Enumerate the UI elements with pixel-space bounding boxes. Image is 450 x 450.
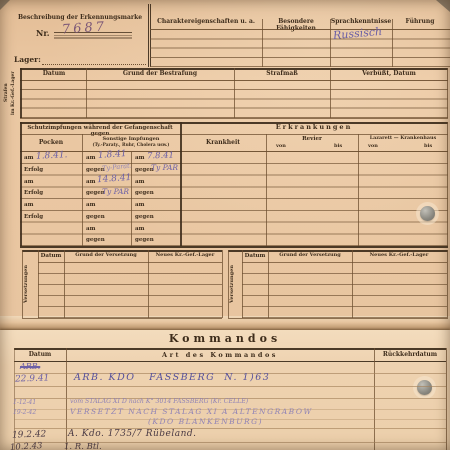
rule <box>447 122 448 246</box>
row7-s2-prefix: gegen <box>135 237 154 243</box>
versetzungen-left-col-grund: Grund der Versetzung <box>64 253 148 259</box>
row1-pocken-prefix: Erfolg <box>24 167 43 173</box>
revier-bis: bis <box>334 144 342 150</box>
col-pocken: Pocken <box>20 140 82 147</box>
row5-pocken-prefix: Erfolg <box>24 214 43 220</box>
col-sonstige-impfungen-sub: (Ty.-Paraty., Ruhr, Cholera usw.) <box>82 144 180 149</box>
row6-s2-prefix: am <box>135 226 144 232</box>
rule <box>358 134 359 246</box>
row0-pocken-prefix: am <box>24 155 33 161</box>
lager-label: Lager: <box>14 56 41 64</box>
lager-dotted-line <box>42 63 146 65</box>
strafen-side-label: Strafen im Kr.-Gef.-Lager <box>4 69 20 117</box>
versetzungen-left-col-lager: Neues Kr.-Gef.-Lager <box>148 253 222 259</box>
entry3-datum: 19-2-42 <box>13 410 36 416</box>
rule <box>82 134 83 246</box>
col-charaktereigenschaften: Charaktereigenschaften u. a. <box>152 19 260 26</box>
entry5-datum: 19.2.42 <box>12 430 47 440</box>
rule <box>66 348 67 450</box>
rule <box>20 122 22 246</box>
row2-s2-prefix: am <box>135 179 144 185</box>
rule <box>14 361 446 362</box>
rule <box>266 134 267 246</box>
rule <box>228 250 229 318</box>
rule <box>22 250 23 318</box>
punch-hole-top <box>420 206 435 221</box>
nr-handwritten-value: 7687 <box>62 20 108 36</box>
row2-pocken-prefix: am <box>24 179 33 185</box>
col-revier: Revier <box>266 136 358 142</box>
rule <box>14 386 446 387</box>
row3-pocken-prefix: Erfolg <box>24 190 43 196</box>
rule <box>180 122 182 246</box>
entry3-art: VERSETZT NACH STALAG XI A ALTENGRABOW <box>70 408 313 416</box>
lazarett-von: von <box>368 144 378 150</box>
impfungen-ruled-rows <box>20 152 448 246</box>
versetzungen-right-ruled-rows <box>242 263 447 318</box>
versetzungen-right-col-lager: Neues Kr.-Gef.-Lager <box>352 253 446 259</box>
rule <box>447 68 448 118</box>
versetzungen-right-col-datum: Datum <box>242 253 268 259</box>
nr-label: Nr. <box>36 29 50 38</box>
rule <box>38 250 39 318</box>
strafen-col-strafmass: Strafmaß <box>234 71 330 78</box>
entry6-art: 1. R. Btl. <box>64 443 102 450</box>
row1-s2-value: Ty PAR <box>151 164 178 172</box>
col-lazarett: Lazarett — Krankenhaus <box>358 136 448 141</box>
versetzungen-left-side-label: Versetzungen <box>23 254 36 314</box>
row4-s1-prefix: am <box>86 202 95 208</box>
row5-s2-prefix: gegen <box>135 214 154 220</box>
col-sprachkenntnisse: Sprachkenntnisse <box>330 19 392 26</box>
strafen-col-datum: Datum <box>22 71 86 78</box>
rule <box>20 118 448 119</box>
rule <box>20 246 448 248</box>
strafen-col-grund: Grund der Bestrafung <box>86 71 234 78</box>
rule <box>234 68 235 118</box>
rule <box>374 348 375 450</box>
row0-pocken-value: 1.8.41. <box>36 151 68 162</box>
lazarett-bis: bis <box>424 144 432 150</box>
kommandos-title: Kommandos <box>0 333 450 345</box>
rule <box>447 250 448 318</box>
versetzungen-right-col-grund: Grund der Versetzung <box>268 253 352 259</box>
document-scan: Beschreibung der Erkennungsmarke Nr. 768… <box>0 0 450 450</box>
rule <box>14 348 446 350</box>
row0-s2-value: 7.8.41 <box>147 152 174 161</box>
row3-s1-value: Ty PAR <box>102 188 129 196</box>
versetzungen-left-ruled-rows <box>38 263 222 318</box>
rule <box>86 68 87 118</box>
corner-shadow-right <box>436 0 450 12</box>
strafen-col-verbuesst: Verbüßt, Datum <box>330 71 448 78</box>
row5-s1-prefix: gegen <box>86 214 105 220</box>
rule <box>330 19 331 67</box>
col-sonstige-impfungen: Sonstige Impfungen <box>82 137 180 143</box>
row7-s1-prefix: gegen <box>86 237 105 243</box>
entry2-datum: 1-12-41 <box>13 400 36 406</box>
entry1-art: ARB. KDO FASSBERG N. 1)63 <box>74 373 270 383</box>
kommandos-col-art: Art des Kommandos <box>66 352 374 359</box>
rule <box>330 68 331 118</box>
rule <box>148 250 149 318</box>
rule <box>64 250 65 318</box>
rule <box>352 250 353 318</box>
rule <box>262 19 263 67</box>
rule <box>228 318 448 319</box>
entry1-datum: 22.9.41 <box>15 374 50 384</box>
erkrankungen-title: Erkrankungen <box>180 124 448 131</box>
row0-s1-prefix: am <box>86 155 95 161</box>
row4-s2-prefix: am <box>135 202 144 208</box>
rule <box>268 250 269 318</box>
entry2-art: vom STALAG XI D nach K° 3014 FASSBERG (K… <box>70 399 248 405</box>
entry5-art: A. Kdo. 1735/7 Rübeland. <box>68 430 197 439</box>
row0-s2-prefix: am <box>135 155 144 161</box>
row4-pocken-prefix: am <box>24 202 33 208</box>
versetzungen-right-side-label: Versetzungen <box>229 254 242 314</box>
row6-s1-prefix: am <box>86 226 95 232</box>
punch-hole-bottom <box>417 380 432 395</box>
traits-ruled-rows <box>150 30 450 68</box>
entry4-art: (KDO BLANKENBURG) <box>148 418 263 426</box>
row3-s2-prefix: gegen <box>135 190 154 196</box>
entry0-datum: ARB. <box>20 363 40 371</box>
rule <box>222 250 223 318</box>
col-fuehrung: Führung <box>392 19 448 26</box>
corner-shadow-left <box>0 0 10 10</box>
kommandos-col-rueckkehrdatum: Rückkehrdatum <box>374 352 446 359</box>
rule <box>446 348 447 450</box>
col-krankheit: Krankheit <box>180 140 266 147</box>
row2-s1-prefix: am <box>86 179 95 185</box>
rule <box>22 318 222 319</box>
versetzungen-left-col-datum: Datum <box>38 253 64 259</box>
rule <box>20 68 22 118</box>
rule <box>392 19 393 67</box>
entry6-datum: 10.2.43 <box>10 442 43 450</box>
rule <box>242 250 243 318</box>
kommandos-col-datum: Datum <box>14 352 66 359</box>
revier-von: von <box>276 144 286 150</box>
